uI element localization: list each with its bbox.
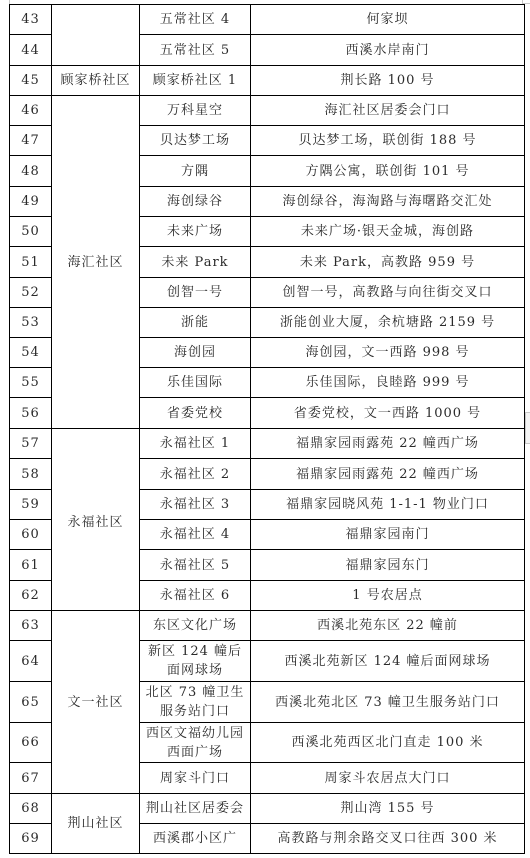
site-name: 永福社区 2	[140, 459, 251, 490]
row-number: 59	[10, 490, 52, 520]
site-name: 永福社区 3	[140, 490, 251, 520]
site-name: 永福社区 1	[140, 429, 251, 459]
site-location: 海创园，文一西路 998 号	[251, 338, 525, 368]
row-number: 61	[10, 550, 52, 581]
site-location: 何家坝	[251, 5, 525, 35]
site-name: 东区文化广场	[140, 611, 251, 641]
site-location: 浙能创业大厦，余杭塘路 2159 号	[251, 308, 525, 338]
table-row: 43五常社区 4何家坝	[10, 5, 525, 35]
row-number: 62	[10, 581, 52, 611]
community-cell: 顾家桥社区	[52, 66, 140, 96]
site-location: 方隅公寓，联创街 101 号	[251, 156, 525, 187]
site-name: 海创绿谷	[140, 187, 251, 217]
community-cell	[52, 5, 140, 66]
site-location: 福鼎家园雨露苑 22 幢西广场	[251, 459, 525, 490]
site-location: 省委党校，文一西路 1000 号	[251, 398, 525, 429]
site-name: 万科星空	[140, 96, 251, 126]
community-cell: 文一社区	[52, 611, 140, 794]
table-row: 57永福社区永福社区 1福鼎家园雨露苑 22 幢西广场	[10, 429, 525, 459]
row-number: 52	[10, 278, 52, 308]
community-cell: 海汇社区	[52, 96, 140, 429]
site-location: 福鼎家园晓风苑 1-1-1 物业门口	[251, 490, 525, 520]
row-number: 45	[10, 66, 52, 96]
row-number: 48	[10, 156, 52, 187]
site-location: 创智一号，高教路与向往街交叉口	[251, 278, 525, 308]
site-location: 1 号农居点	[251, 581, 525, 611]
site-name: 未来 Park	[140, 247, 251, 278]
site-location: 西溪北苑北区 73 幢卫生服务站门口	[251, 682, 525, 723]
site-location: 荆长路 100 号	[251, 66, 525, 96]
row-number: 43	[10, 5, 52, 35]
table-row: 45顾家桥社区顾家桥社区 1荆长路 100 号	[10, 66, 525, 96]
site-name: 西溪郡小区广	[140, 824, 251, 854]
site-name: 五常社区 4	[140, 5, 251, 35]
site-location: 西溪北苑新区 124 幢后面网球场	[251, 641, 525, 682]
site-name: 方隅	[140, 156, 251, 187]
site-name: 未来广场	[140, 217, 251, 247]
site-name: 永福社区 4	[140, 520, 251, 550]
row-number: 57	[10, 429, 52, 459]
site-name: 顾家桥社区 1	[140, 66, 251, 96]
site-location: 西溪北苑西区北门直走 100 米	[251, 723, 525, 763]
table-row: 63文一社区东区文化广场西溪北苑东区 22 幢前	[10, 611, 525, 641]
community-cell: 荆山社区	[52, 794, 140, 854]
site-location: 海创绿谷，海淘路与海曙路交汇处	[251, 187, 525, 217]
site-name: 省委党校	[140, 398, 251, 429]
row-number: 47	[10, 126, 52, 156]
table-row: 68荆山社区荆山社区居委会荆山湾 155 号	[10, 794, 525, 824]
site-location: 贝达梦工场，联创街 188 号	[251, 126, 525, 156]
site-name: 乐佳国际	[140, 368, 251, 398]
row-number: 46	[10, 96, 52, 126]
site-location: 西溪北苑东区 22 幢前	[251, 611, 525, 641]
site-location: 未来 Park，高教路 959 号	[251, 247, 525, 278]
site-name: 周家斗门口	[140, 763, 251, 794]
side-scroll-tab[interactable]	[525, 412, 530, 444]
site-name: 海创园	[140, 338, 251, 368]
site-name: 五常社区 5	[140, 35, 251, 66]
table-row: 46海汇社区万科星空海汇社区居委会门口	[10, 96, 525, 126]
site-name: 贝达梦工场	[140, 126, 251, 156]
site-name: 西区文福幼儿园西面广场	[140, 723, 251, 763]
site-location: 海汇社区居委会门口	[251, 96, 525, 126]
row-number: 65	[10, 682, 52, 723]
site-location: 福鼎家园东门	[251, 550, 525, 581]
row-number: 68	[10, 794, 52, 824]
site-location: 乐佳国际，良睦路 999 号	[251, 368, 525, 398]
row-number: 50	[10, 217, 52, 247]
site-location: 周家斗农居点大门口	[251, 763, 525, 794]
site-location: 福鼎家园雨露苑 22 幢西广场	[251, 429, 525, 459]
site-location: 荆山湾 155 号	[251, 794, 525, 824]
site-location: 西溪水岸南门	[251, 35, 525, 66]
row-number: 51	[10, 247, 52, 278]
distribution-sites-table: 43五常社区 4何家坝44五常社区 5西溪水岸南门45顾家桥社区顾家桥社区 1荆…	[9, 4, 525, 854]
site-name: 新区 124 幢后面网球场	[140, 641, 251, 682]
site-location: 高教路与荆余路交叉口往西 300 米	[251, 824, 525, 854]
row-number: 56	[10, 398, 52, 429]
site-name: 荆山社区居委会	[140, 794, 251, 824]
site-name: 北区 73 幢卫生服务站门口	[140, 682, 251, 723]
site-location: 福鼎家园南门	[251, 520, 525, 550]
row-number: 64	[10, 641, 52, 682]
community-cell: 永福社区	[52, 429, 140, 611]
site-name: 永福社区 5	[140, 550, 251, 581]
site-location: 未来广场·银天金城，海创路	[251, 217, 525, 247]
row-number: 44	[10, 35, 52, 66]
row-number: 66	[10, 723, 52, 763]
row-number: 49	[10, 187, 52, 217]
site-name: 永福社区 6	[140, 581, 251, 611]
row-number: 58	[10, 459, 52, 490]
row-number: 67	[10, 763, 52, 794]
row-number: 60	[10, 520, 52, 550]
row-number: 63	[10, 611, 52, 641]
row-number: 55	[10, 368, 52, 398]
row-number: 54	[10, 338, 52, 368]
row-number: 53	[10, 308, 52, 338]
site-name: 创智一号	[140, 278, 251, 308]
row-number: 69	[10, 824, 52, 854]
site-name: 浙能	[140, 308, 251, 338]
